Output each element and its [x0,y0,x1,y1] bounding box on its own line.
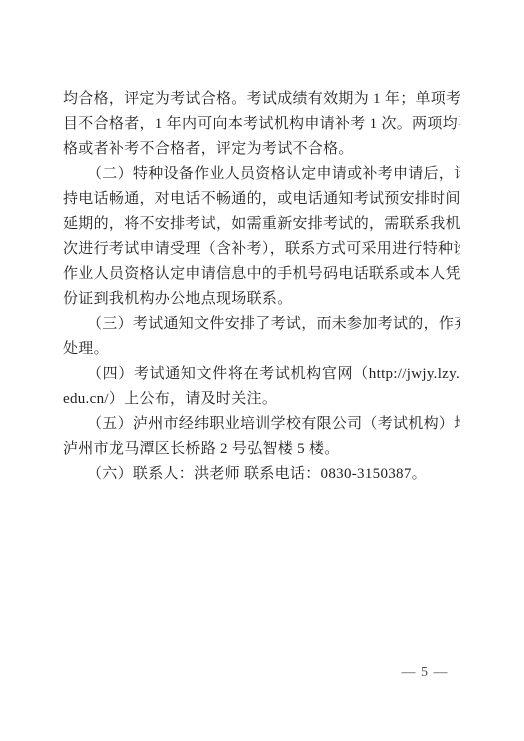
text-line: （六）联系人：洪老师 联系电话：0830-3150387。 [63,462,460,487]
scanned-document-page: 均合格，评定为考试合格。考试成绩有效期为 1 年；单项考试科 目不合格者，1 年… [0,0,524,741]
text-line: 次进行考试申请受理（含补考），联系方式可采用进行特种设备 [63,237,460,262]
text-line: edu.cn/）上公布，请及时关注。 [63,387,460,412]
text-line: 延期的，将不安排考试，如需重新安排考试的，需联系我机构再 [63,212,460,237]
text-line: 泸州市龙马潭区长桥路 2 号弘智楼 5 楼。 [63,437,460,462]
text-line: （二）特种设备作业人员资格认定申请或补考申请后，请保 [63,162,460,187]
page-number: — 5 — [390,664,460,682]
document-body-text: 均合格，评定为考试合格。考试成绩有效期为 1 年；单项考试科 目不合格者，1 年… [63,87,460,487]
text-line: 持电话畅通，对电话不畅通的，或电话通知考试预安排时间提出 [63,187,460,212]
text-line: （五）泸州市经纬职业培训学校有限公司（考试机构）地址： [63,412,460,437]
text-line: 份证到我机构办公地点现场联系。 [63,287,460,312]
text-line: 格或者补考不合格者，评定为考试不合格。 [63,137,460,162]
text-line: 均合格，评定为考试合格。考试成绩有效期为 1 年；单项考试科 [63,87,460,112]
text-line: 作业人员资格认定申请信息中的手机号码电话联系或本人凭身 [63,262,460,287]
text-line: 处理。 [63,337,460,362]
text-line: 目不合格者，1 年内可向本考试机构申请补考 1 次。两项均不合 [63,112,460,137]
text-line: （三）考试通知文件安排了考试，而未参加考试的，作弃考 [63,312,460,337]
text-line: （四）考试通知文件将在考试机构官网（http://jwjy.lzy. [63,362,460,387]
